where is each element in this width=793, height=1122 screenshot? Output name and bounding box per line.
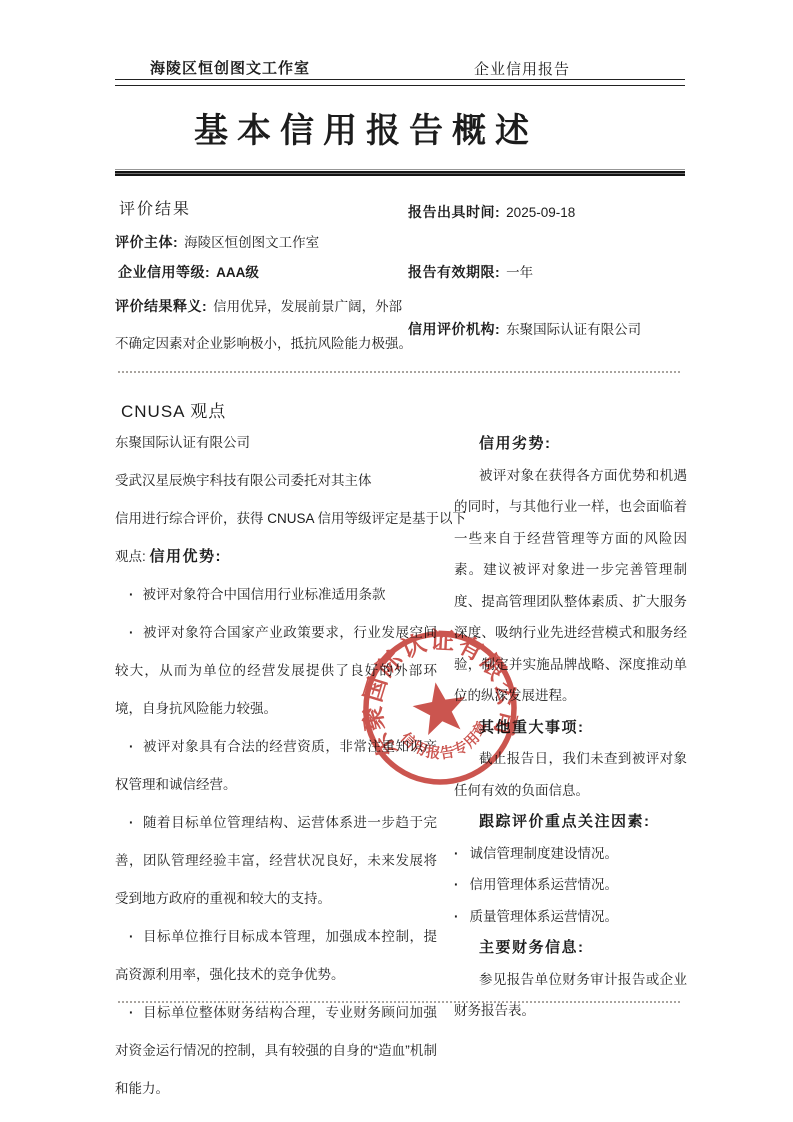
- field-subject: 评价主体:海陵区恒创图文工作室: [115, 231, 319, 252]
- header-doc-type: 企业信用报告: [474, 58, 570, 79]
- page-title: 基本信用报告概述: [81, 103, 651, 152]
- evaluation-heading: 评价结果: [119, 196, 191, 219]
- field-grade-label: 企业信用等级:: [118, 264, 210, 280]
- tracking-item: 质量管理体系运营情况。: [454, 901, 687, 933]
- field-agency: 信用评价机构:东聚国际认证有限公司: [408, 318, 641, 339]
- cnusa-body: 东聚国际认证有限公司 受武汉星辰焕宇科技有限公司委托对其主体 信用进行综合评价，…: [115, 424, 687, 1108]
- dotted-separator-bottom: [118, 1001, 680, 1003]
- strength-item: 目标单位整体财务结构合理，专业财务顾问加强对资金运行情况的控制，具有较强的自身的…: [115, 994, 437, 1108]
- tracking-heading: 跟踪评价重点关注因素:: [454, 806, 687, 838]
- field-meaning-label: 评价结果释义:: [115, 298, 207, 314]
- strengths-heading-line: 观点: 信用优势:: [115, 538, 437, 576]
- strength-item: 目标单位推行目标成本管理，加强成本控制，提高资源利用率，强化技术的竞争优势。: [115, 918, 437, 994]
- header-double-rule: [115, 79, 685, 86]
- strength-item: 被评对象符合国家产业政策要求，行业发展空间较大，从而为单位的经营发展提供了良好的…: [115, 614, 437, 728]
- strengths-heading: 信用优势:: [150, 548, 223, 565]
- field-validity-value: 一年: [506, 265, 533, 280]
- finance-heading: 主要财务信息:: [454, 932, 687, 964]
- tracking-item: 诚信管理制度建设情况。: [454, 838, 687, 870]
- cnusa-heading: CNUSA 观点: [121, 397, 226, 422]
- other-matters-heading: 其他重大事项:: [454, 712, 687, 744]
- intro-line: 受武汉星辰焕宇科技有限公司委托对其主体: [115, 462, 437, 500]
- field-issue-date-value: 2025-09-18: [506, 205, 575, 220]
- strength-item: 被评对象符合中国信用行业标准适用条款: [115, 576, 437, 614]
- intro-line: 信用进行综合评价，获得 CNUSA 信用等级评定是基于以下: [115, 500, 437, 538]
- other-matters-paragraph: 截止报告日，我们未查到被评对象任何有效的负面信息。: [454, 743, 687, 806]
- field-agency-label: 信用评价机构:: [408, 321, 500, 337]
- field-subject-value: 海陵区恒创图文工作室: [184, 235, 319, 250]
- strength-item: 被评对象具有合法的经营资质，非常注重知识产权管理和诚信经营。: [115, 728, 437, 804]
- viewpoint-prefix: 观点:: [115, 549, 150, 564]
- cnusa-right-column: 信用劣势: 被评对象在获得各方面优势和机遇的同时，与其他行业一样，也会面临着一些…: [454, 428, 687, 1108]
- field-grade: 企业信用等级:AAA级: [118, 261, 259, 282]
- weaknesses-paragraph: 被评对象在获得各方面优势和机遇的同时，与其他行业一样，也会面临着一些来自于经营管…: [454, 460, 687, 712]
- cnusa-left-column: 东聚国际认证有限公司 受武汉星辰焕宇科技有限公司委托对其主体 信用进行综合评价，…: [115, 424, 437, 1108]
- field-subject-label: 评价主体:: [115, 234, 178, 250]
- header-company: 海陵区恒创图文工作室: [150, 57, 310, 78]
- field-validity: 报告有效期限:一年: [408, 261, 533, 282]
- intro-line: 东聚国际认证有限公司: [115, 424, 437, 462]
- tracking-item: 信用管理体系运营情况。: [454, 869, 687, 901]
- field-issue-date-label: 报告出具时间:: [408, 204, 500, 220]
- credit-report-page: 海陵区恒创图文工作室 企业信用报告 基本信用报告概述 评价结果 评价主体:海陵区…: [0, 0, 793, 1122]
- strength-item: 随着目标单位管理结构、运营体系进一步趋于完善，团队管理经验丰富，经营状况良好，未…: [115, 804, 437, 918]
- finance-paragraph: 参见报告单位财务审计报告或企业财务报告表。: [454, 964, 687, 1027]
- field-agency-value: 东聚国际认证有限公司: [506, 322, 641, 337]
- title-thick-rule: [115, 169, 685, 176]
- weaknesses-heading: 信用劣势:: [454, 428, 687, 460]
- field-issue-date: 报告出具时间:2025-09-18: [408, 202, 575, 222]
- field-meaning: 评价结果释义:信用优异，发展前景广阔，外部不确定因素对企业影响极小，抵抗风险能力…: [115, 288, 413, 362]
- field-grade-value: AAA级: [216, 265, 259, 280]
- field-validity-label: 报告有效期限:: [408, 264, 500, 280]
- dotted-separator-top: [118, 371, 680, 373]
